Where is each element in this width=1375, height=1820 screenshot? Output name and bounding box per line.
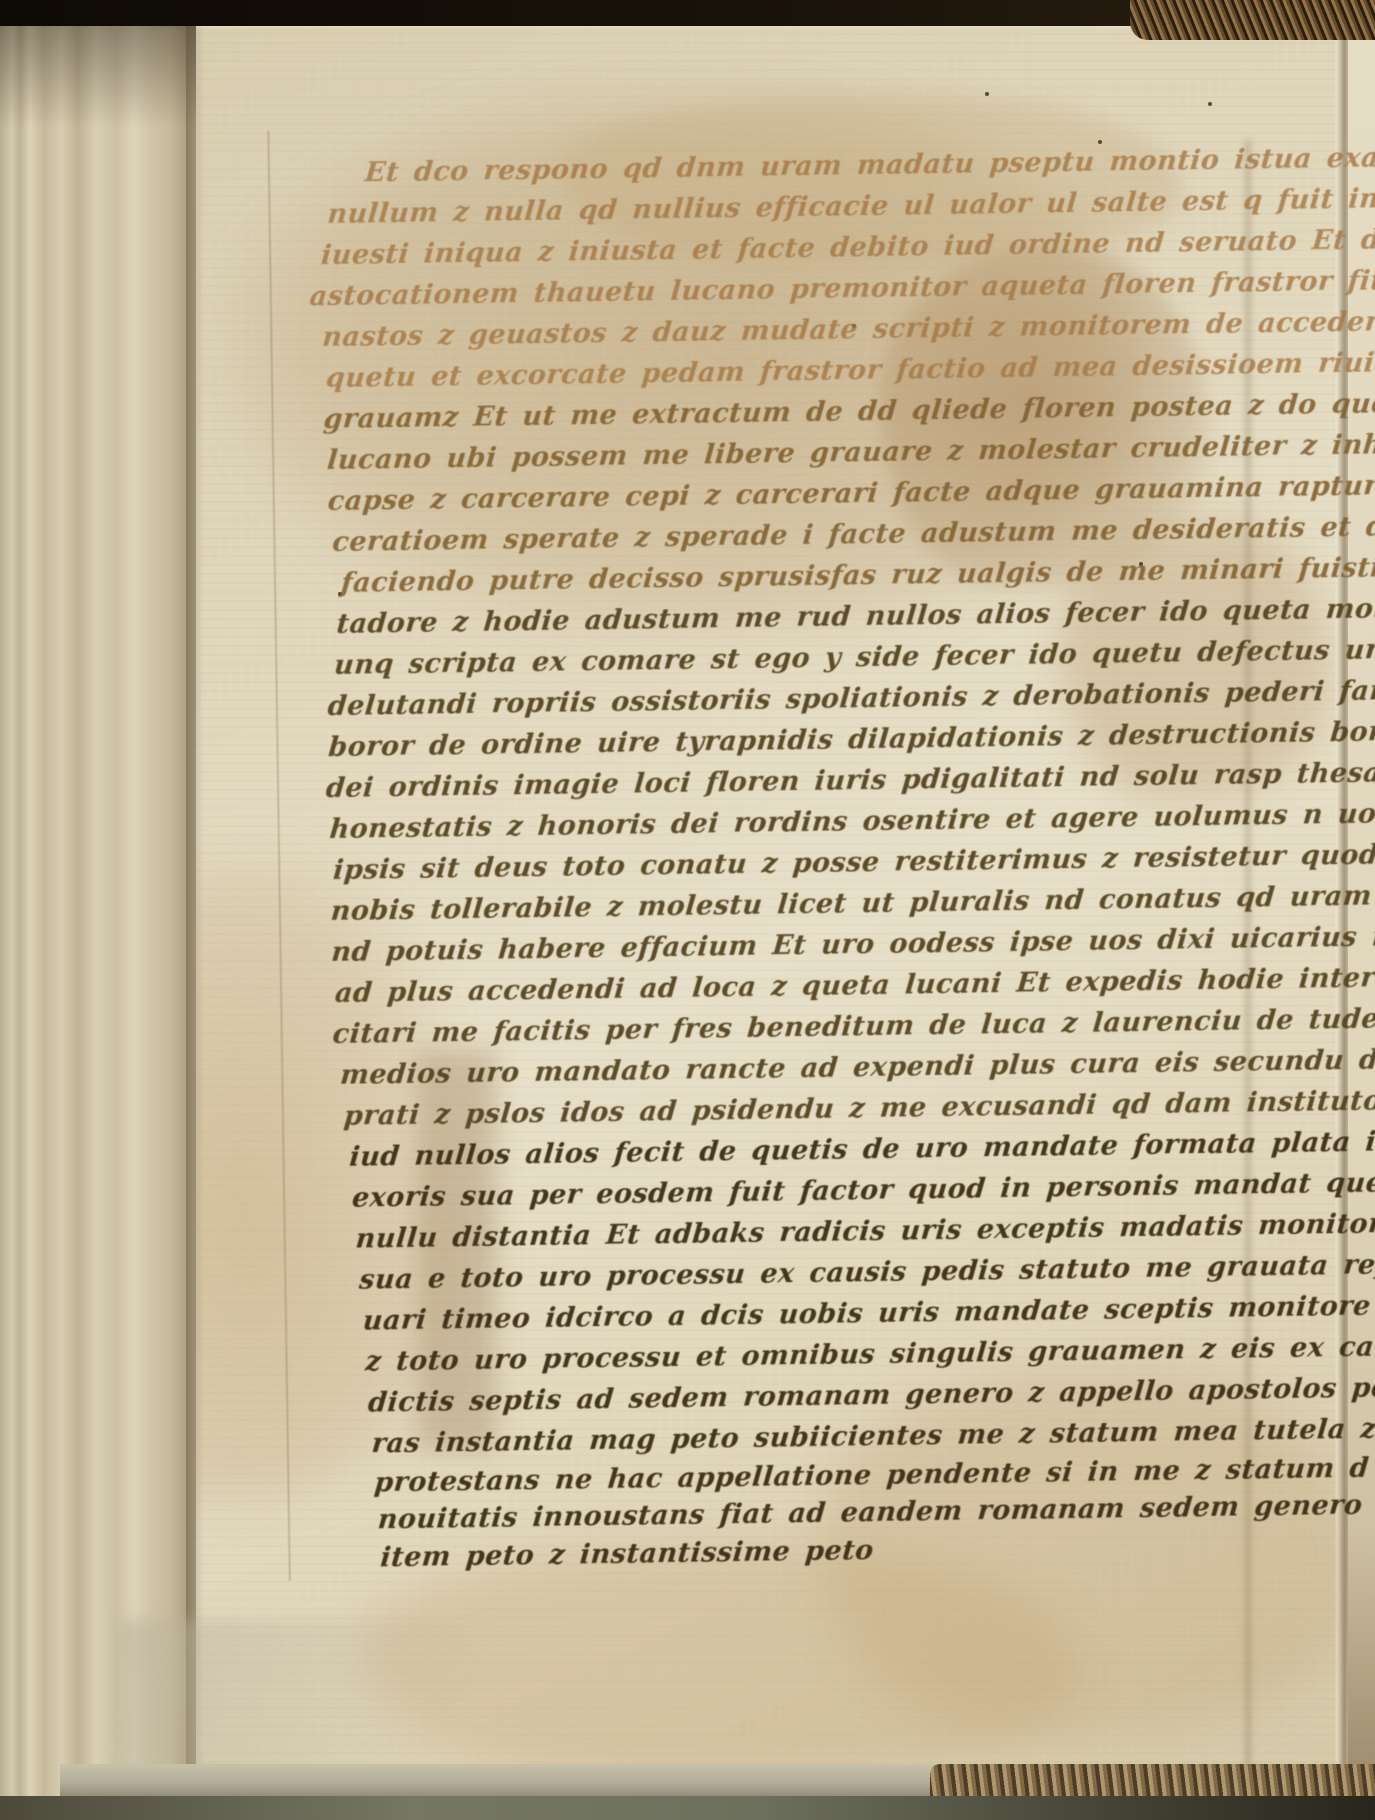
manuscript-line: nullu distantia Et adbaks radicis uris e…: [354, 1205, 1375, 1255]
manuscript-line: Et dco respono qd dnm uram madatu pseptu…: [364, 141, 1375, 189]
manuscript-line: iud nullos alios fecit de quetis de uro …: [348, 1126, 1375, 1173]
manuscript-line: dei ordinis imagie loci floren iuris pdi…: [325, 754, 1375, 804]
manuscript-line: citari me facitis per fres beneditum de …: [331, 1001, 1375, 1050]
manuscript-line: uari timeo idcirco a dcis uobis uris man…: [362, 1287, 1375, 1336]
manuscript-line: boror de ordine uire tyrapnidis dilapida…: [327, 713, 1375, 763]
manuscript-line: item peto z instantissime peto: [379, 1535, 875, 1573]
text-block: Et dco respono qd dnm uram madatu pseptu…: [0, 0, 1375, 1820]
manuscript-line: nastos z geuastos z dauz mudate scripti …: [321, 304, 1375, 353]
manuscript-line: grauamz Et ut me extractum de dd qliede …: [322, 387, 1375, 435]
manuscript-scan: Et dco respono qd dnm uram madatu pseptu…: [0, 0, 1375, 1820]
manuscript-line: ad plus accedendi ad loca z queta lucani…: [334, 960, 1375, 1009]
manuscript-line: nd potuis habere effacium Et uro oodess …: [330, 919, 1375, 968]
manuscript-line: delutandi ropriis ossistoriis spoliation…: [326, 672, 1375, 722]
manuscript-line: unq scripta ex comare st ego y side fece…: [333, 633, 1375, 681]
manuscript-line: exoris sua per eosdem fuit factor quod i…: [351, 1164, 1375, 1214]
manuscript-line: tadore z hodie adustum me rud nullos ali…: [335, 592, 1375, 640]
manuscript-line: quetu et excorcate pedam frastror factio…: [325, 346, 1375, 394]
margin-ruling-line: [267, 131, 291, 1581]
manuscript-line: nullum z nulla qd nullius efficacie ul u…: [326, 182, 1375, 230]
manuscript-line: ipsis sit deus toto conatu z posse resti…: [332, 837, 1375, 886]
manuscript-line: astocationem thauetu lucano premonitor a…: [308, 264, 1375, 312]
manuscript-line: sua e toto uro processu ex causis pedis …: [358, 1245, 1375, 1296]
manuscript-line: nobis tollerabile z molestu licet ut plu…: [330, 879, 1375, 927]
manuscript-line: lucano ubi possem me libere grauare z mo…: [326, 428, 1375, 476]
manuscript-line: ceratioem sperate z sperade i facte adus…: [331, 510, 1375, 558]
manuscript-line: capse z carcerare cepi z carcerari facte…: [326, 469, 1375, 517]
manuscript-line: honestatis z honoris dei rordins osentir…: [328, 796, 1375, 845]
manuscript-line: faciendo putre decisso sprusisfas ruz ua…: [340, 551, 1375, 598]
manuscript-line: prati z pslos idos ad psidendu z me excu…: [343, 1083, 1375, 1132]
manuscript-line: medios uro mandato rancte ad expendi plu…: [339, 1041, 1375, 1091]
manuscript-line: iuesti iniqua z iniusta et facte debito …: [320, 224, 1375, 272]
